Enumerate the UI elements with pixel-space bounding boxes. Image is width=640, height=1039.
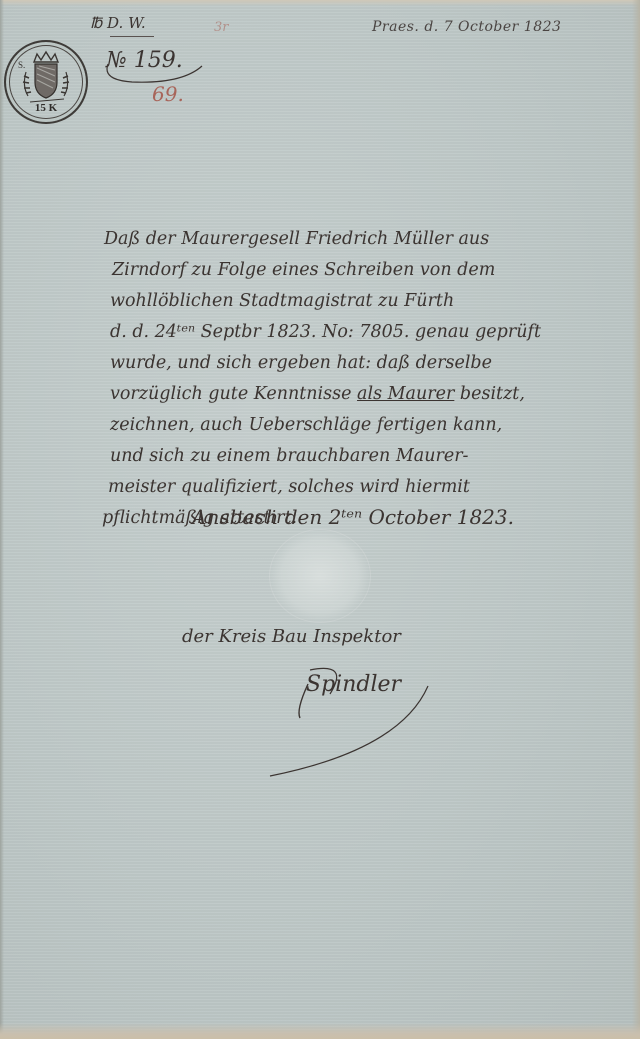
body-line: Zirndorf zu Folge eines Schreiben von de… xyxy=(96,255,616,286)
red-pencil-number: 69. xyxy=(152,82,184,106)
stamp-letter: S. xyxy=(18,60,25,70)
red-pencil-note: 3r xyxy=(214,20,229,35)
embossed-seal-icon xyxy=(270,530,370,622)
stamp-value: 15 K xyxy=(6,102,86,114)
document-page: S. 15 K ℔ D. W. № 159. 69. 3r Praes. d. … xyxy=(0,0,640,1039)
body-line: vorzüglich gute Kenntnisse als Maurer be… xyxy=(96,379,616,410)
received-date-note: Praes. d. 7 October 1823 xyxy=(372,19,561,35)
body-line: zeichnen, auch Ueberschläge fertigen kan… xyxy=(96,410,616,441)
body-line-end: besitzt, xyxy=(460,384,525,404)
body-line: und sich zu einem brauchbaren Maurer- xyxy=(96,441,616,472)
reference-underline xyxy=(110,36,154,37)
body-line-start: vorzüglich gute Kenntnisse xyxy=(110,384,351,404)
body-line: wohllöblichen Stadtmagistrat zu Fürth xyxy=(96,286,616,317)
paper-right-edge xyxy=(632,0,640,1039)
body-line: meister qualifiziert, solches wird hierm… xyxy=(96,472,616,503)
underlined-phrase: als Maurer xyxy=(357,384,454,404)
reference-note: ℔ D. W. xyxy=(90,14,146,32)
place-and-date: Ansbach den 2ᵗᵉⁿ October 1823. xyxy=(192,505,514,529)
paper-bottom-edge xyxy=(0,1023,640,1039)
signature: Spindler xyxy=(306,672,401,697)
paper-left-edge xyxy=(0,0,4,1039)
tax-stamp: S. 15 K xyxy=(4,40,88,124)
body-line: wurde, und sich ergeben hat: daß derselb… xyxy=(96,348,616,379)
signature-flourish-icon xyxy=(200,640,440,780)
paper-top-edge xyxy=(0,0,640,6)
certificate-body: Daß der Maurergesell Friedrich Müller au… xyxy=(96,224,616,534)
body-line: Daß der Maurergesell Friedrich Müller au… xyxy=(96,224,616,255)
body-line: d. d. 24ᵗᵉⁿ Septbr 1823. No: 7805. genau… xyxy=(96,317,616,348)
